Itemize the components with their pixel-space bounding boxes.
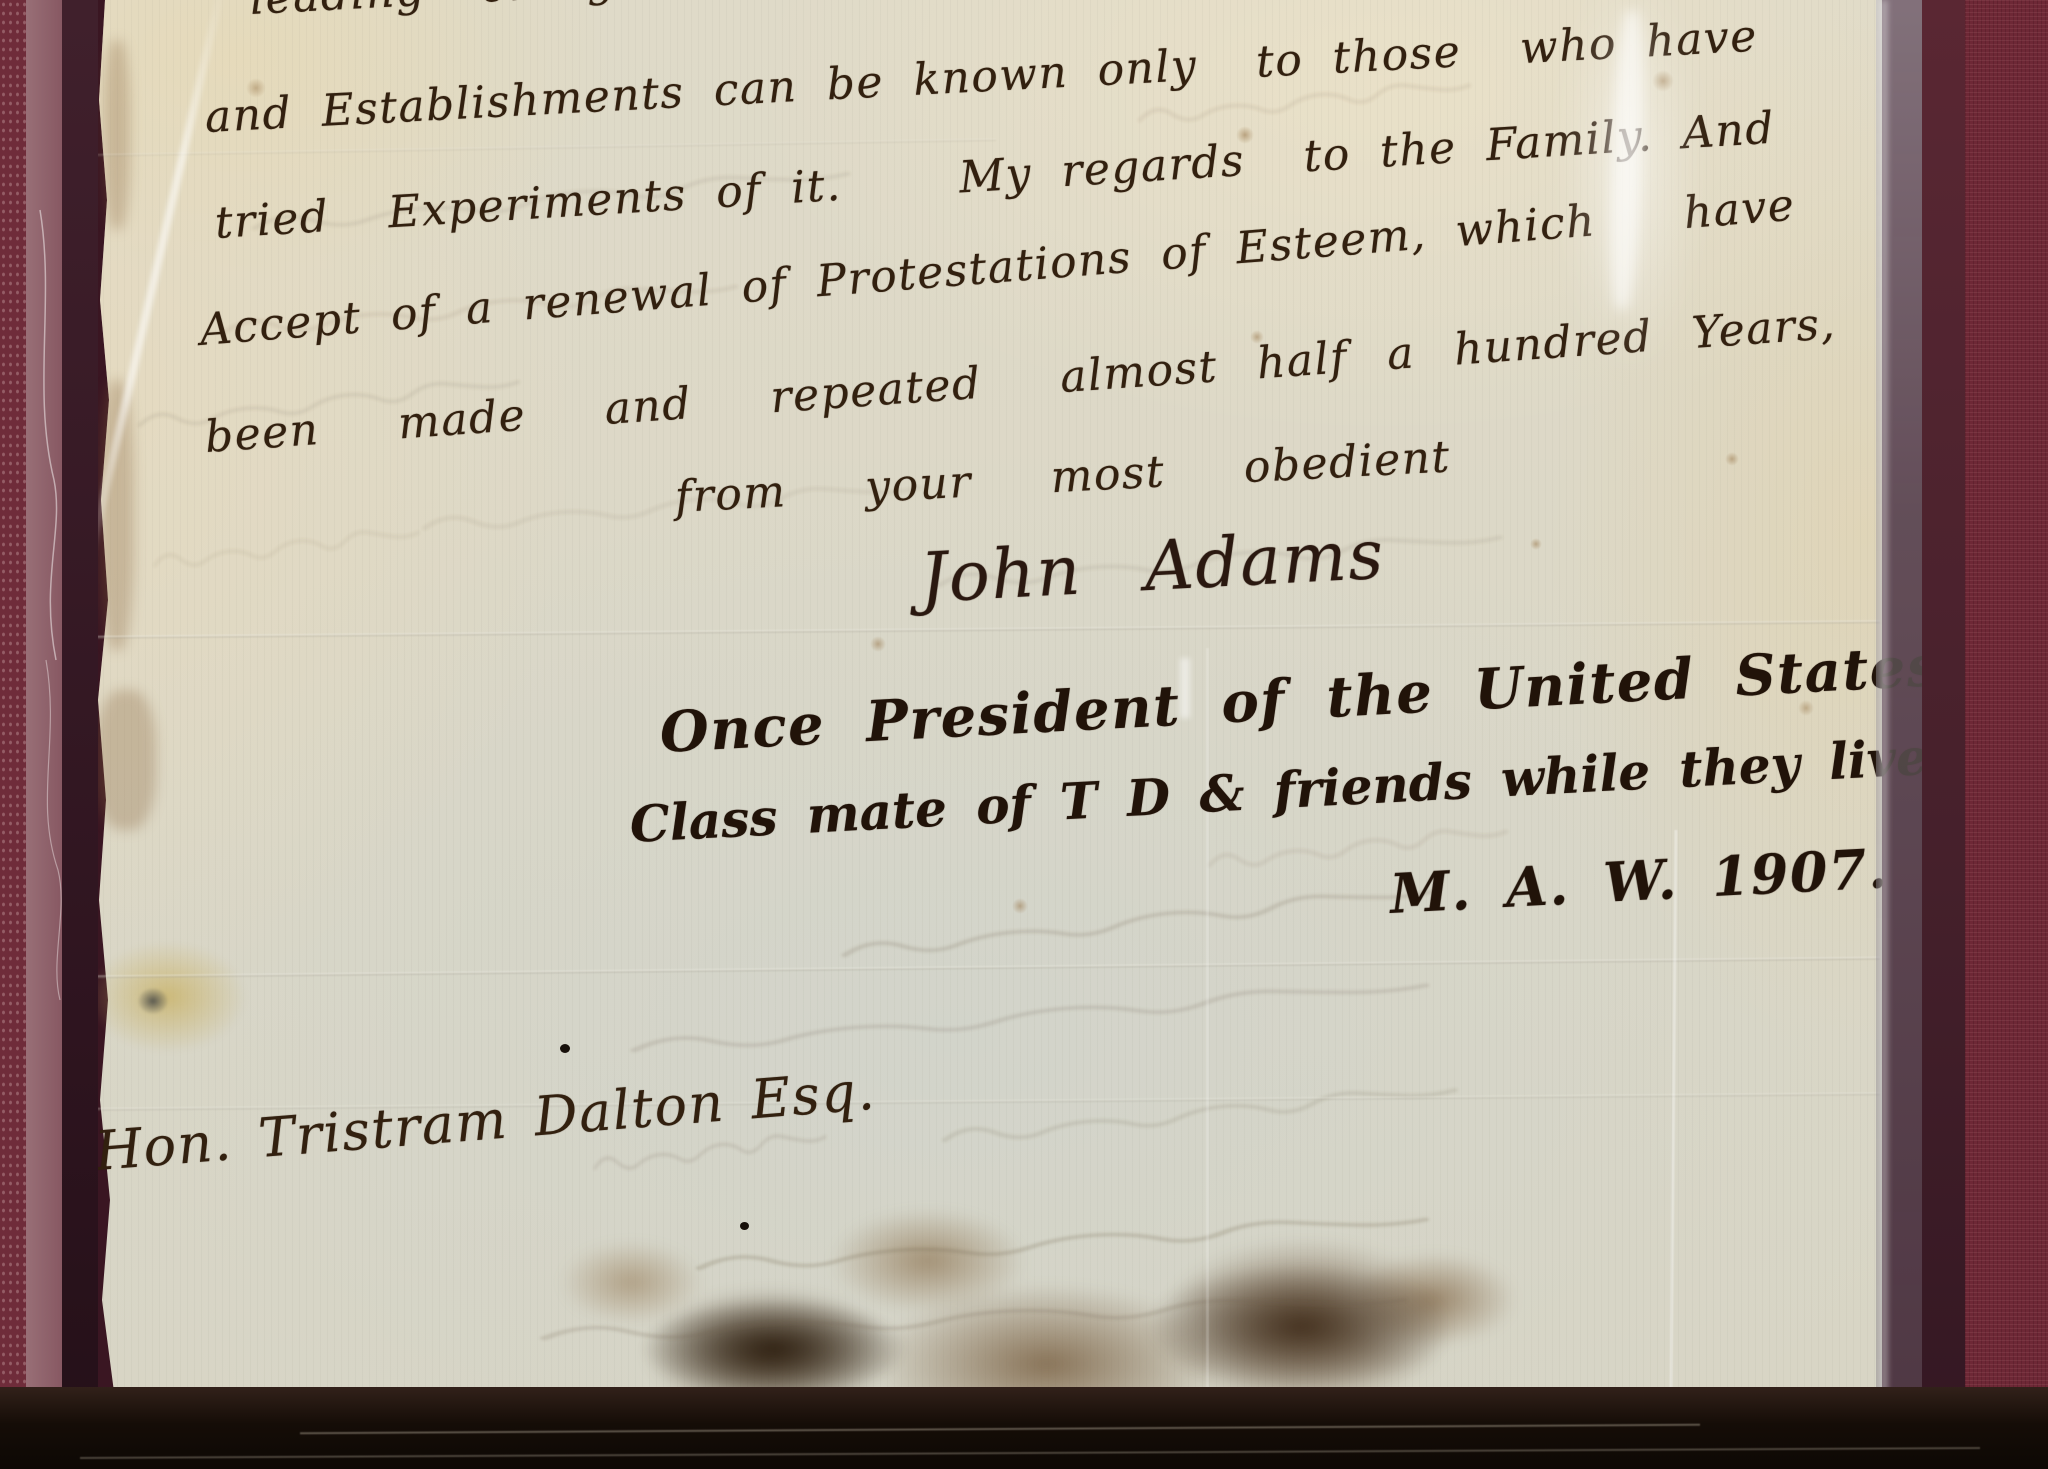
book-cloth-right	[1965, 0, 2048, 1469]
ink-speck	[560, 1044, 570, 1053]
plastic-sleeve-right	[1876, 0, 1922, 1469]
glare-small	[1180, 658, 1190, 718]
manuscript-photo: leading or guiding Maxims, and Establish…	[0, 0, 2048, 1469]
ink-speck	[740, 1222, 749, 1230]
book-leather-left	[62, 0, 98, 1469]
fold-crease-vertical	[1206, 648, 1209, 1393]
book-leather-right	[1922, 0, 1965, 1469]
